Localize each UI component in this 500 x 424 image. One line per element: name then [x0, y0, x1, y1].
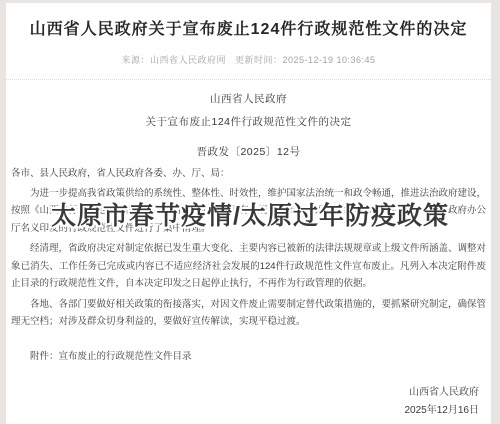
article-meta: 来源：山西省人民政府网 更新时间：2025-12-19 10:36:45 — [6, 53, 491, 66]
doc-number: 晋政发〔2025〕12号 — [11, 143, 486, 161]
overlay-caption: 太原市春节疫情/太原过年防疫政策 — [0, 196, 500, 232]
doc-paragraph-2: 经清理，省政府决定对制定依据已发生重大变化、主要内容已被新的法律法规规章或上级文… — [11, 240, 486, 293]
doc-subject-line: 关于宣布废止124件行政规范性文件的决定 — [11, 113, 486, 131]
doc-attachment-line: 附件：宣布废止的行政规范性文件目录 — [11, 348, 486, 366]
page-title: 山西省人民政府关于宣布废止124件行政规范性文件的决定 — [6, 18, 491, 41]
article-header: 山西省人民政府关于宣布废止124件行政规范性文件的决定 来源：山西省人民政府网 … — [6, 3, 491, 80]
doc-paragraph-3: 各地、各部门要做好相关政策的衔接落实，对因文件废止需要制定替代政策措施的，要抓紧… — [11, 296, 486, 331]
signature-block: 山西省人民政府 2025年12月16日 — [11, 384, 486, 420]
signature-org: 山西省人民政府 — [11, 384, 479, 402]
doc-org-line: 山西省人民政府 — [11, 90, 486, 108]
meta-updated: 更新时间：2025-12-19 10:36:45 — [235, 55, 376, 65]
document-body: 山西省人民政府 关于宣布废止124件行政规范性文件的决定 晋政发〔2025〕12… — [6, 80, 491, 420]
doc-salutation: 各市、县人民政府，省人民政府各委、办、厅、局： — [11, 165, 486, 183]
meta-source: 来源：山西省人民政府网 — [121, 55, 226, 65]
signature-date: 2025年12月16日 — [11, 402, 479, 420]
